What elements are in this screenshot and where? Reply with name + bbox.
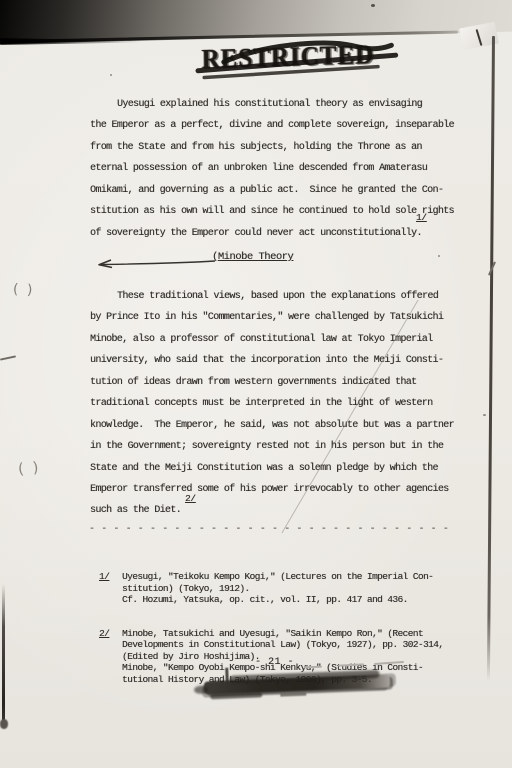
page-number: - 21 -	[255, 657, 294, 668]
paragraph-uyesugi-theory: Uyesugi explained his constitutional the…	[90, 94, 454, 244]
text-line: stitution) (Tokyo, 1912).	[122, 583, 433, 595]
left-arrow-icon	[93, 256, 219, 270]
footnote-reference-1: 1/	[416, 212, 427, 223]
footnote-separator-dashes: - - - - - - - - - - - - - - - - - - - - …	[89, 524, 459, 535]
obliterated-stamp	[201, 664, 396, 709]
text-line: the Emperor as a perfect, divine and com…	[90, 115, 454, 136]
section-annotation-minobe-theory: (Minobe Theory	[212, 251, 293, 263]
paper-speck	[371, 4, 375, 7]
text-line: university, who said that the incorporat…	[90, 350, 454, 371]
text-line: traditional concepts must be interpreted…	[90, 393, 454, 414]
text-line: stitution as his own will and since he c…	[90, 201, 454, 222]
paper-speck	[483, 414, 486, 416]
text-line: knowledge. The Emperor, he said, was not…	[90, 415, 454, 436]
footnote-1: 1/ Uyesugi, "Teikoku Kempo Kogi," (Lectu…	[99, 571, 443, 606]
paper-speck	[110, 74, 112, 76]
annotation-title: Minobe Theory	[218, 251, 293, 263]
text-line: Emperor transferred some of his power ir…	[90, 479, 454, 500]
text-line: Uyesugi explained his constitutional the…	[90, 94, 454, 115]
ink-blot	[280, 693, 306, 697]
ink-blot	[225, 668, 229, 682]
paper-speck	[438, 255, 440, 257]
film-edge-left	[2, 584, 5, 726]
film-edge-blot	[0, 719, 8, 729]
text-line: eternal possession of an unbroken line d…	[90, 158, 454, 179]
stamp-strikethrough-marks	[191, 33, 402, 91]
footnote-reference-2: 2/	[185, 493, 196, 504]
text-line: Omikami, and governing as a public act. …	[90, 180, 454, 201]
text-line: tution of ideas drawn from western gover…	[90, 372, 454, 393]
paragraph-minobe-theory: These traditional views, based upon the …	[90, 286, 454, 522]
margin-paren-mark: ( )	[13, 281, 35, 298]
margin-paren-mark: ( )	[17, 458, 41, 478]
text-line: These traditional views, based upon the …	[90, 286, 454, 307]
text-line: State and the Meiji Constitution was a s…	[90, 458, 454, 479]
footnote-1-marker: 1/	[99, 571, 122, 583]
text-line: from the State and from his subjects, ho…	[90, 137, 454, 158]
ink-blot	[210, 692, 262, 699]
text-line: of sovereignty the Emperor could never a…	[90, 223, 454, 244]
footnote-1-text: Uyesugi, "Teikoku Kempo Kogi," (Lectures…	[122, 571, 433, 606]
text-line: Minobe, Tatsukichi and Uyesugi, "Saikin …	[122, 628, 443, 640]
restricted-stamp: RESTRICTED	[201, 41, 388, 96]
text-line: by Prince Ito in his "Commentaries," wer…	[90, 307, 454, 328]
text-line: such as the Diet.	[90, 500, 454, 521]
text-line: in the Government; sovereignty rested no…	[90, 436, 454, 457]
text-line: Cf. Hozumi, Yatsuka, op. cit., vol. II, …	[122, 594, 433, 606]
footnote-2-marker: 2/	[99, 628, 122, 640]
text-line: Developments in Constitutional Law) (Tok…	[122, 639, 443, 651]
text-line: Uyesugi, "Teikoku Kempo Kogi," (Lectures…	[122, 571, 433, 583]
